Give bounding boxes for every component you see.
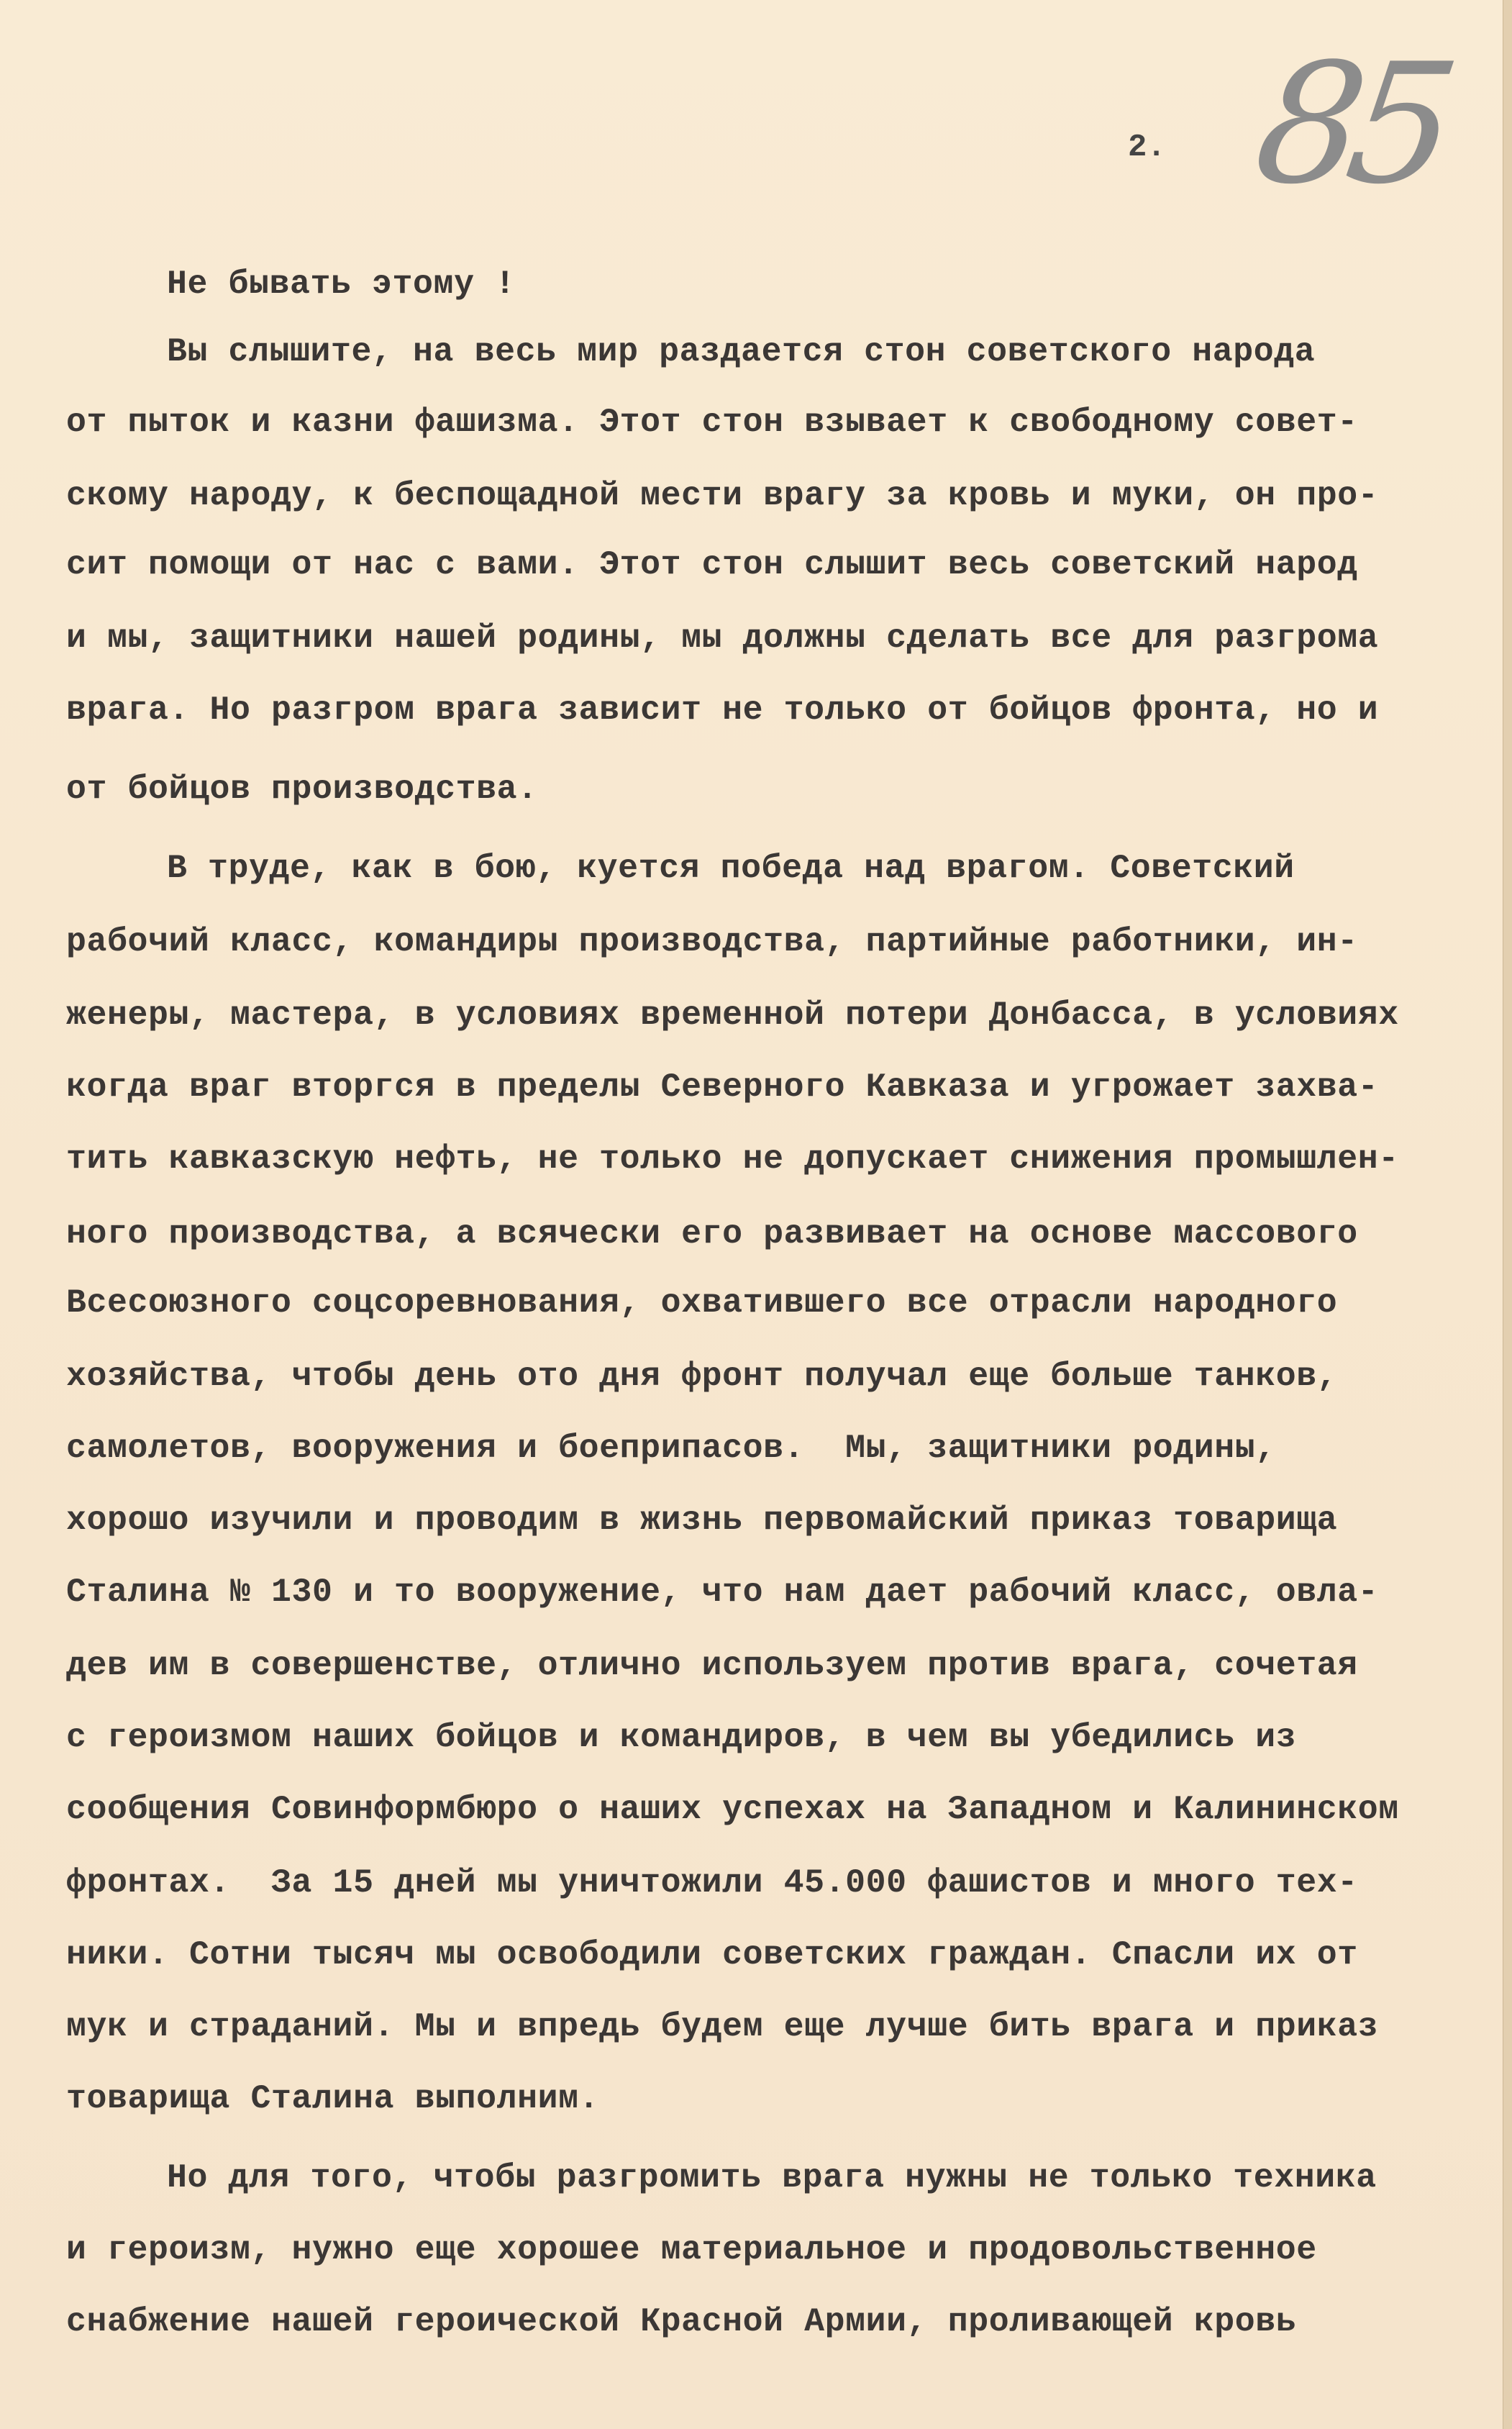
text-line: хорошо изучили и проводим в жизнь первом…	[66, 1501, 1337, 1539]
page-number: 2.	[1128, 130, 1166, 165]
text-line: рабочий класс, командиры производства, п…	[66, 922, 1358, 961]
text-line: Не бывать этому !	[167, 265, 516, 303]
text-line: Но для того, чтобы разгромить врага нужн…	[167, 2158, 1377, 2197]
text-line: и героизм, нужно еще хорошее материально…	[66, 2230, 1317, 2269]
text-line: мук и страданий. Мы и впредь будем еще л…	[66, 2007, 1378, 2046]
text-line: от бойцов производства.	[66, 770, 538, 808]
text-line: дев им в совершенстве, отлично используе…	[66, 1646, 1358, 1684]
text-line: от пыток и казни фашизма. Этот стон взыв…	[66, 403, 1358, 441]
text-line: В труде, как в бою, куется победа над вр…	[167, 849, 1295, 887]
page-edge	[1503, 0, 1512, 2429]
text-line: фронтах. За 15 дней мы уничтожили 45.000…	[66, 1863, 1358, 1902]
text-line: с героизмом наших бойцов и командиров, в…	[66, 1718, 1296, 1756]
text-line: скому народу, к беспощадной мести врагу …	[66, 476, 1378, 514]
text-line: ного производства, а всячески его развив…	[66, 1214, 1358, 1253]
text-line: самолетов, вооружения и боеприпасов. Мы,…	[66, 1429, 1276, 1467]
text-line: и мы, защитники нашей родины, мы должны …	[66, 619, 1378, 657]
text-line: когда враг вторгся в пределы Северного К…	[66, 1068, 1378, 1106]
text-line: Всесоюзного соцсоревнования, охватившего…	[66, 1284, 1337, 1322]
handwritten-folio-number: 85	[1245, 29, 1454, 221]
text-line: Сталина № 130 и то вооружение, что нам д…	[66, 1573, 1378, 1611]
text-line: сообщения Совинформбюро о наших успехах …	[66, 1790, 1399, 1828]
text-line: товарища Сталина выполним.	[66, 2079, 599, 2117]
text-line: ники. Сотни тысяч мы освободили советски…	[66, 1935, 1358, 1974]
text-line: снабжение нашей героической Красной Арми…	[66, 2302, 1296, 2341]
text-line: Вы слышите, на весь мир раздается стон с…	[167, 332, 1315, 371]
text-line: хозяйства, чтобы день ото дня фронт полу…	[66, 1357, 1337, 1395]
text-line: врага. Но разгром врага зависит не тольк…	[66, 691, 1378, 729]
document-page: 2. 85 Не бывать этому !Вы слышите, на ве…	[0, 0, 1503, 2429]
text-line: тить кавказскую нефть, не только не допу…	[66, 1140, 1399, 1178]
text-line: женеры, мастера, в условиях временной по…	[66, 996, 1399, 1034]
text-line: сит помощи от нас с вами. Этот стон слыш…	[66, 545, 1358, 584]
